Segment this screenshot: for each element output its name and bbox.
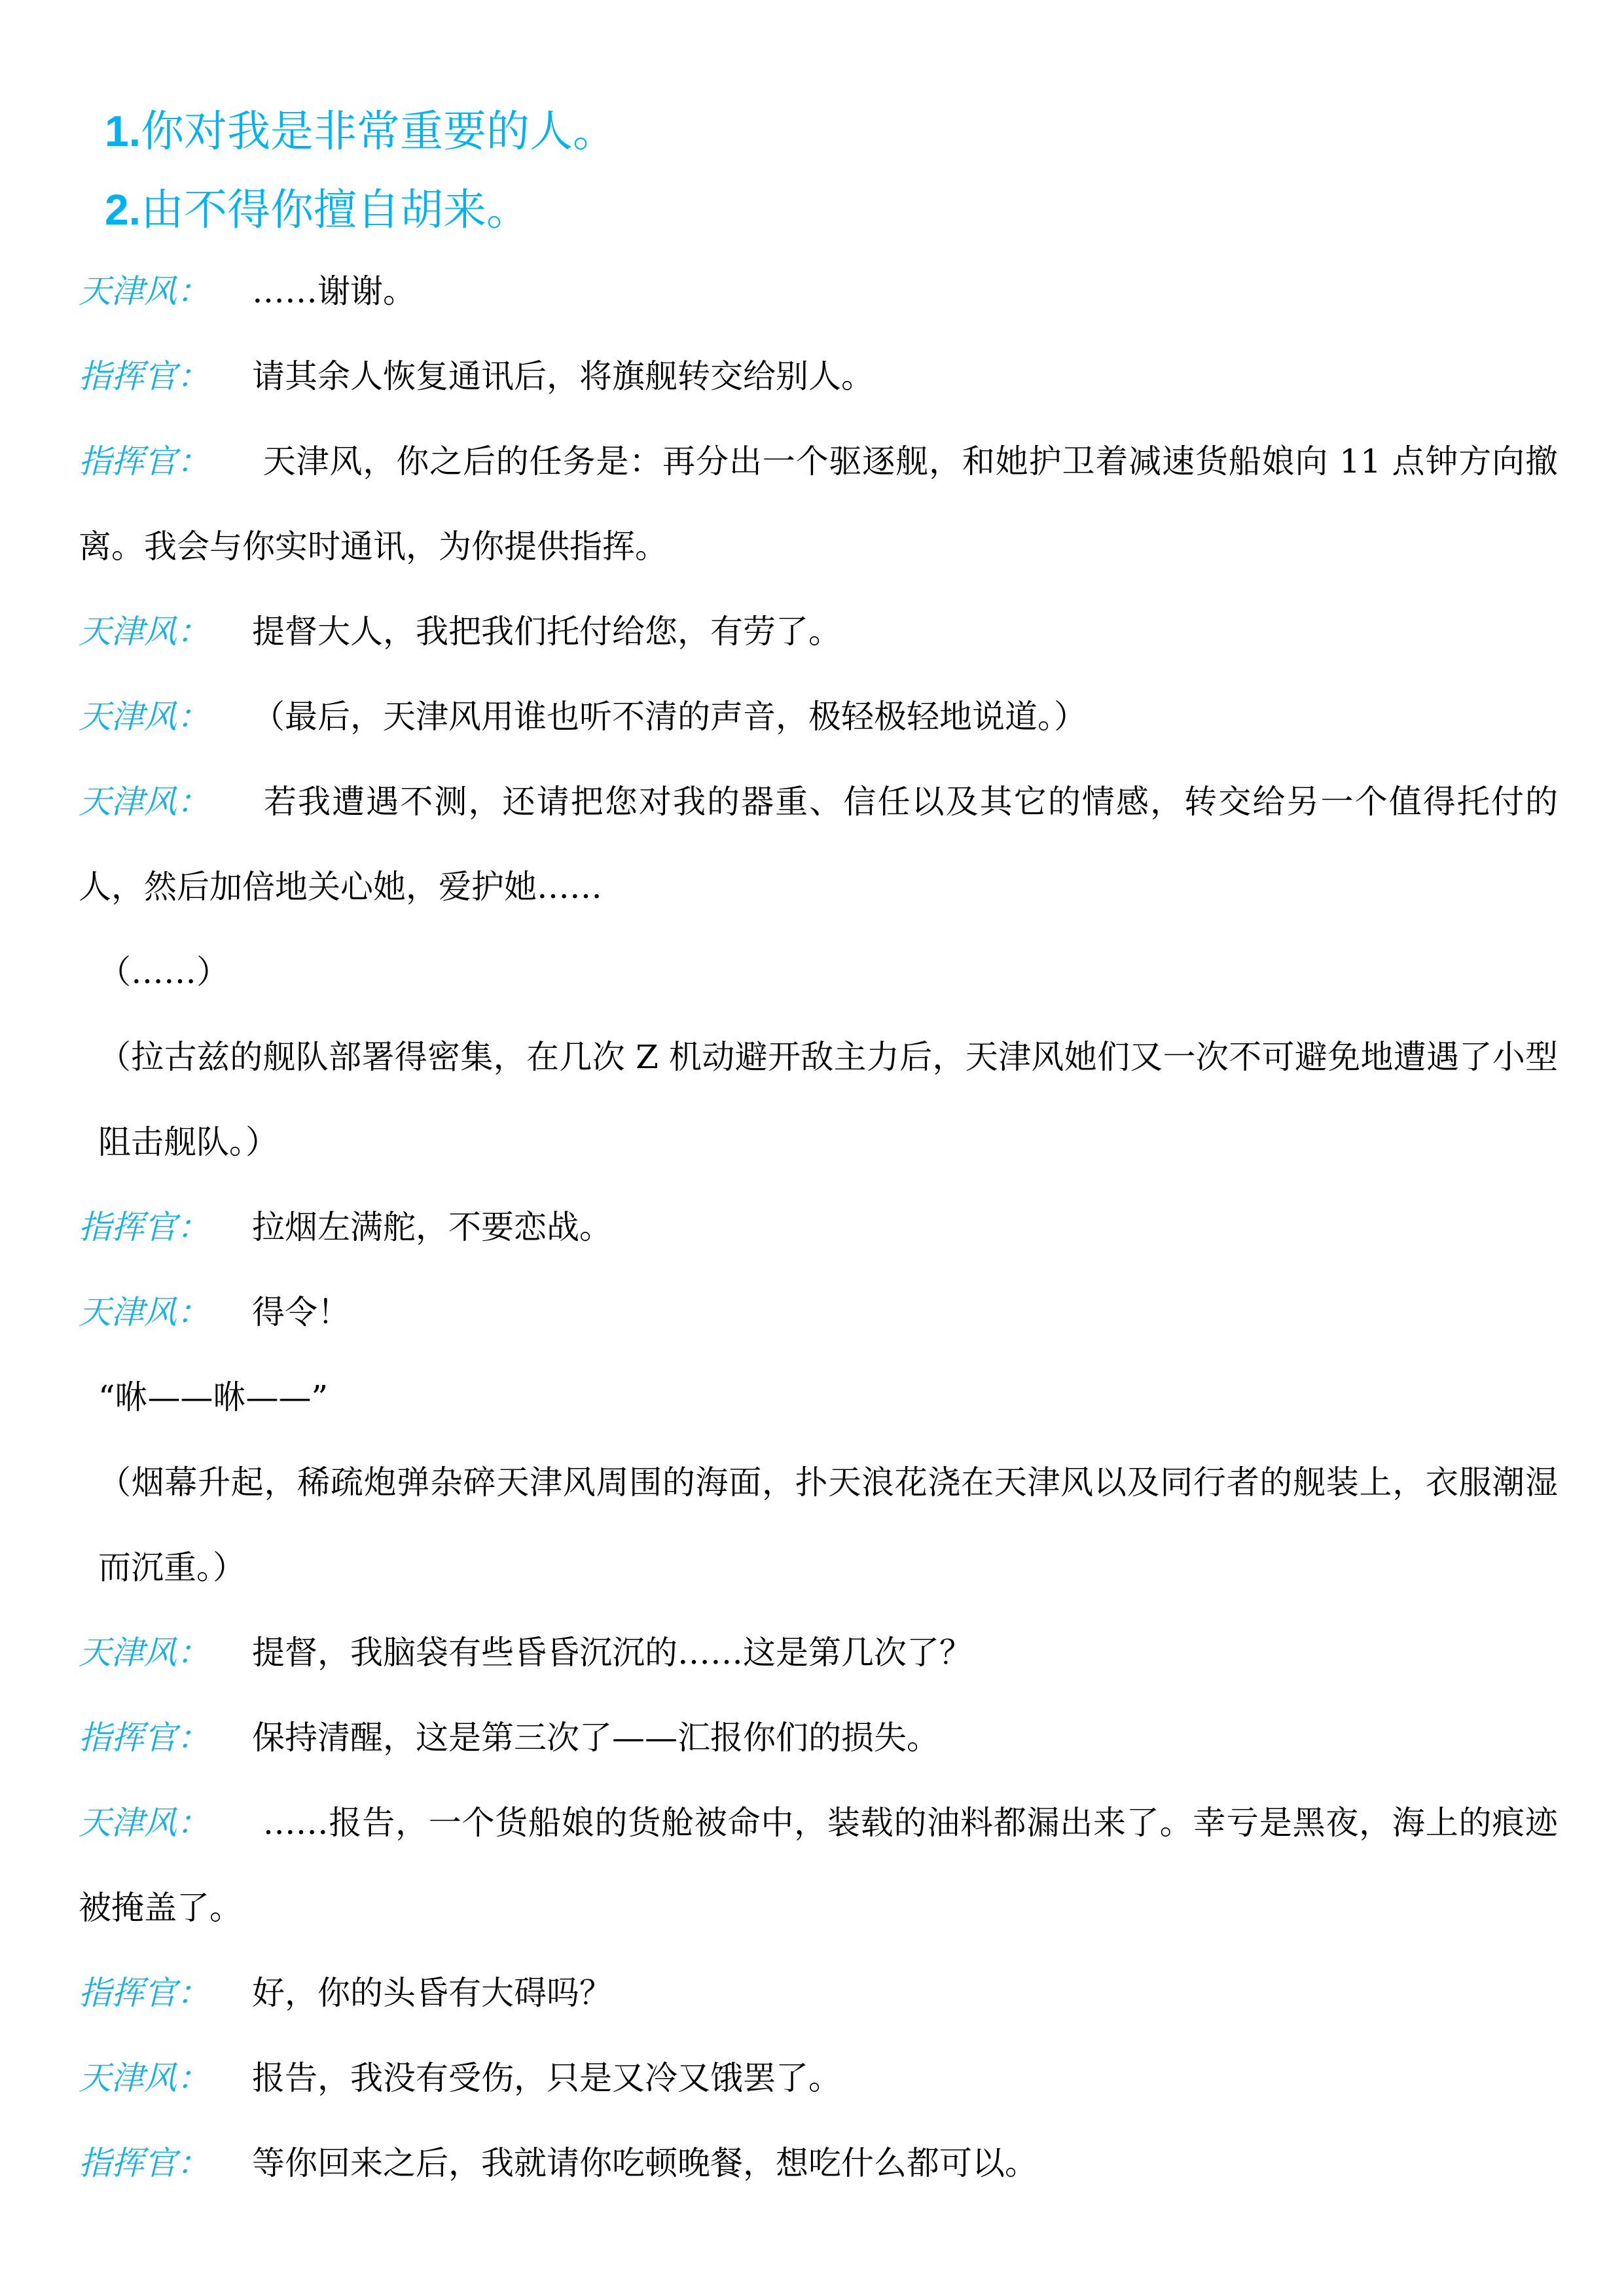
line-text: 等你回来之后，我就请你吃顿晚餐，想吃什么都可以。 bbox=[252, 2144, 1038, 2182]
speaker-label: 指挥官： bbox=[79, 334, 252, 419]
line-text: 拉烟左满舵，不要恋战。 bbox=[252, 1208, 612, 1246]
line-text: 请其余人恢复通讯后，将旗舰转交给别人。 bbox=[252, 357, 874, 395]
dialogue-line: 指挥官：保持清醒，这是第三次了——汇报你们的损失。 bbox=[79, 1695, 1558, 1780]
dialogue-line: 指挥官：等你回来之后，我就请你吃顿晚餐，想吃什么都可以。 bbox=[79, 2121, 1558, 2206]
line-text: （……） bbox=[98, 953, 229, 991]
line-text: 提督大人，我把我们托付给您，有劳了。 bbox=[252, 613, 841, 651]
dialogue-line: 天津风：提督大人，我把我们托付给您，有劳了。 bbox=[79, 589, 1558, 674]
speaker-label: 天津风： bbox=[79, 759, 252, 844]
dialogue-line: 天津风： 若我遭遇不测，还请把您对我的器重、信任以及其它的情感，转交给另一个值得… bbox=[79, 759, 1558, 929]
speaker-label: 天津风： bbox=[79, 1270, 252, 1355]
dialogue-line: 指挥官：好，你的头昏有大碍吗？ bbox=[79, 1950, 1558, 2036]
heading-number: 2. bbox=[105, 181, 141, 238]
dialogue-line: 天津风：……谢谢。 bbox=[79, 249, 1558, 334]
line-text: （拉古兹的舰队部署得密集，在几次 Z 机动避开敌主力后，天津风她们又一次不可避免… bbox=[98, 1038, 1558, 1161]
line-text: 报告，我没有受伤，只是又冷又饿罢了。 bbox=[252, 2059, 841, 2097]
speaker-label: 指挥官： bbox=[79, 1695, 252, 1780]
heading-text: 你对我是非常重要的人。 bbox=[141, 102, 616, 160]
dialogue-line: 天津风： ……报告，一个货船娘的货舱被命中，装载的油料都漏出来了。幸亏是黑夜，海… bbox=[79, 1780, 1558, 1950]
line-text: 得令！ bbox=[252, 1293, 350, 1331]
line-text: 若我遭遇不测，还请把您对我的器重、信任以及其它的情感，转交给另一个值得托付的人，… bbox=[79, 783, 1558, 906]
speaker-label: 天津风： bbox=[79, 1610, 252, 1695]
dialogue-line: 指挥官：请其余人恢复通讯后，将旗舰转交给别人。 bbox=[79, 334, 1558, 419]
narration-line: （……） bbox=[79, 929, 1558, 1014]
speaker-label: 天津风： bbox=[79, 249, 252, 334]
dialogue-line: 指挥官：拉烟左满舵，不要恋战。 bbox=[79, 1185, 1558, 1270]
speaker-label: 天津风： bbox=[79, 2036, 252, 2121]
line-text: 天津风，你之后的任务是：再分出一个驱逐舰，和她护卫着减速货船娘向 11 点钟方向… bbox=[79, 442, 1558, 565]
speaker-label: 指挥官： bbox=[79, 2121, 252, 2206]
speaker-label: 指挥官： bbox=[79, 1185, 252, 1270]
heading-number: 1. bbox=[105, 102, 141, 160]
dialogue-line: 天津风：提督，我脑袋有些昏昏沉沉的……这是第几次了？ bbox=[79, 1610, 1558, 1695]
document-page: 1.你对我是非常重要的人。 2.由不得你擅自胡来。 天津风：……谢谢。 指挥官：… bbox=[79, 92, 1558, 2206]
heading-2: 2.由不得你擅自胡来。 bbox=[105, 170, 1558, 249]
speaker-label: 天津风： bbox=[79, 674, 252, 759]
narration-line: “咻——咻——” bbox=[79, 1355, 1558, 1440]
dialogue-line: 天津风：得令！ bbox=[79, 1270, 1558, 1355]
heading-text: 由不得你擅自胡来。 bbox=[141, 181, 530, 238]
line-text: （最后，天津风用谁也听不清的声音，极轻极轻地说道。） bbox=[252, 698, 1087, 736]
narration-line: （拉古兹的舰队部署得密集，在几次 Z 机动避开敌主力后，天津风她们又一次不可避免… bbox=[79, 1014, 1558, 1185]
dialogue-line: 天津风：报告，我没有受伤，只是又冷又饿罢了。 bbox=[79, 2036, 1558, 2121]
speaker-label: 天津风： bbox=[79, 589, 252, 674]
speaker-label: 天津风： bbox=[79, 1780, 252, 1865]
line-text: 提督，我脑袋有些昏昏沉沉的……这是第几次了？ bbox=[252, 1634, 972, 1672]
heading-1: 1.你对我是非常重要的人。 bbox=[105, 92, 1558, 170]
line-text: 保持清醒，这是第三次了——汇报你们的损失。 bbox=[252, 1719, 939, 1757]
dialogue-line: 天津风：（最后，天津风用谁也听不清的声音，极轻极轻地说道。） bbox=[79, 674, 1558, 759]
dialogue-line: 指挥官： 天津风，你之后的任务是：再分出一个驱逐舰，和她护卫着减速货船娘向 11… bbox=[79, 419, 1558, 589]
line-text: ……报告，一个货船娘的货舱被命中，装载的油料都漏出来了。幸亏是黑夜，海上的痕迹被… bbox=[79, 1804, 1558, 1927]
speaker-label: 指挥官： bbox=[79, 419, 252, 504]
line-text: （烟幕升起，稀疏炮弹杂碎天津风周围的海面，扑天浪花浇在天津风以及同行者的舰装上，… bbox=[98, 1463, 1558, 1587]
line-text: ……谢谢。 bbox=[252, 272, 416, 310]
speaker-label: 指挥官： bbox=[79, 1950, 252, 2036]
line-text: 好，你的头昏有大碍吗？ bbox=[252, 1974, 612, 2012]
line-text: “咻——咻——” bbox=[98, 1378, 328, 1416]
narration-line: （烟幕升起，稀疏炮弹杂碎天津风周围的海面，扑天浪花浇在天津风以及同行者的舰装上，… bbox=[79, 1440, 1558, 1610]
